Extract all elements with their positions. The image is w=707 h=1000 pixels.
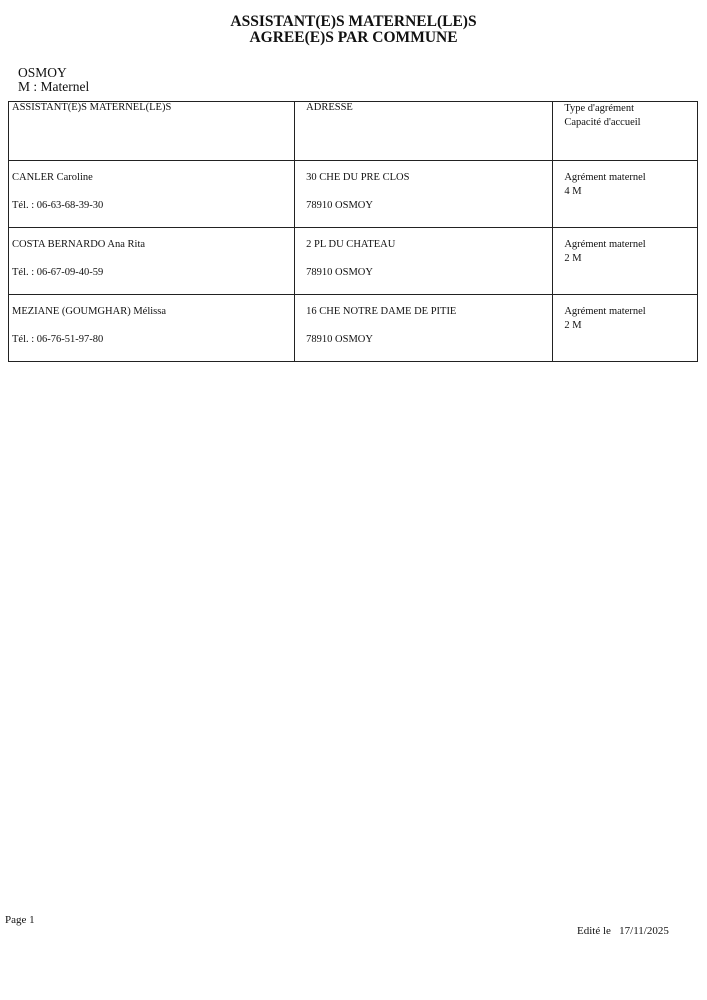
- assistant-phone: Tél. : 06-76-51-97-80: [12, 333, 291, 347]
- capacity: 4 M: [564, 185, 694, 199]
- page-number: Page 1: [5, 914, 35, 926]
- address-street: 16 CHE NOTRE DAME DE PITIE: [306, 305, 549, 319]
- agrement-type: Agrément maternel: [564, 171, 694, 185]
- assistant-name: MEZIANE (GOUMGHAR) Mélissa: [12, 305, 291, 319]
- type-cell: Agrément maternel 2 M: [553, 228, 698, 295]
- type-cell: Agrément maternel 4 M: [553, 161, 698, 228]
- address-cell: 30 CHE DU PRE CLOS 78910 OSMOY: [295, 161, 553, 228]
- address-cell: 16 CHE NOTRE DAME DE PITIE 78910 OSMOY: [295, 295, 553, 362]
- capacity: 2 M: [564, 319, 694, 333]
- table-header: ASSISTANT(E)S MATERNEL(LE)S ADRESSE Type…: [9, 102, 698, 161]
- table-row: CANLER Caroline Tél. : 06-63-68-39-30 30…: [9, 161, 698, 228]
- header-address: ADRESSE: [295, 102, 553, 161]
- agrement-type: Agrément maternel: [564, 238, 694, 252]
- table-row: COSTA BERNARDO Ana Rita Tél. : 06-67-09-…: [9, 228, 698, 295]
- header-type: Type d'agrément Capacité d'accueil: [553, 102, 698, 161]
- assistant-cell: COSTA BERNARDO Ana Rita Tél. : 06-67-09-…: [9, 228, 295, 295]
- edited-value: 17/11/2025: [619, 925, 669, 937]
- commune-block: OSMOY M : Maternel: [18, 66, 89, 94]
- title-line-1: ASSISTANT(E)S MATERNEL(LE)S: [0, 14, 707, 30]
- address-city: 78910 OSMOY: [306, 199, 549, 213]
- address-city: 78910 OSMOY: [306, 333, 549, 347]
- document-title: ASSISTANT(E)S MATERNEL(LE)S AGREE(E)S PA…: [0, 14, 707, 46]
- type-cell: Agrément maternel 2 M: [553, 295, 698, 362]
- assistant-name: COSTA BERNARDO Ana Rita: [12, 238, 291, 252]
- legend: M : Maternel: [18, 80, 89, 94]
- edited-label: Edité le: [577, 925, 611, 937]
- assistant-cell: CANLER Caroline Tél. : 06-63-68-39-30: [9, 161, 295, 228]
- assistant-phone: Tél. : 06-63-68-39-30: [12, 199, 291, 213]
- commune-name: OSMOY: [18, 66, 89, 80]
- agrement-type: Agrément maternel: [564, 305, 694, 319]
- title-line-2: AGREE(E)S PAR COMMUNE: [0, 30, 707, 46]
- address-cell: 2 PL DU CHATEAU 78910 OSMOY: [295, 228, 553, 295]
- address-street: 30 CHE DU PRE CLOS: [306, 171, 549, 185]
- edited-date: Edité le 17/11/2025: [577, 925, 669, 937]
- header-assistant: ASSISTANT(E)S MATERNEL(LE)S: [9, 102, 295, 161]
- address-street: 2 PL DU CHATEAU: [306, 238, 549, 252]
- address-city: 78910 OSMOY: [306, 266, 549, 280]
- table-row: MEZIANE (GOUMGHAR) Mélissa Tél. : 06-76-…: [9, 295, 698, 362]
- assistants-table: ASSISTANT(E)S MATERNEL(LE)S ADRESSE Type…: [8, 101, 698, 362]
- assistant-cell: MEZIANE (GOUMGHAR) Mélissa Tél. : 06-76-…: [9, 295, 295, 362]
- assistant-name: CANLER Caroline: [12, 171, 291, 185]
- assistant-phone: Tél. : 06-67-09-40-59: [12, 266, 291, 280]
- capacity: 2 M: [564, 252, 694, 266]
